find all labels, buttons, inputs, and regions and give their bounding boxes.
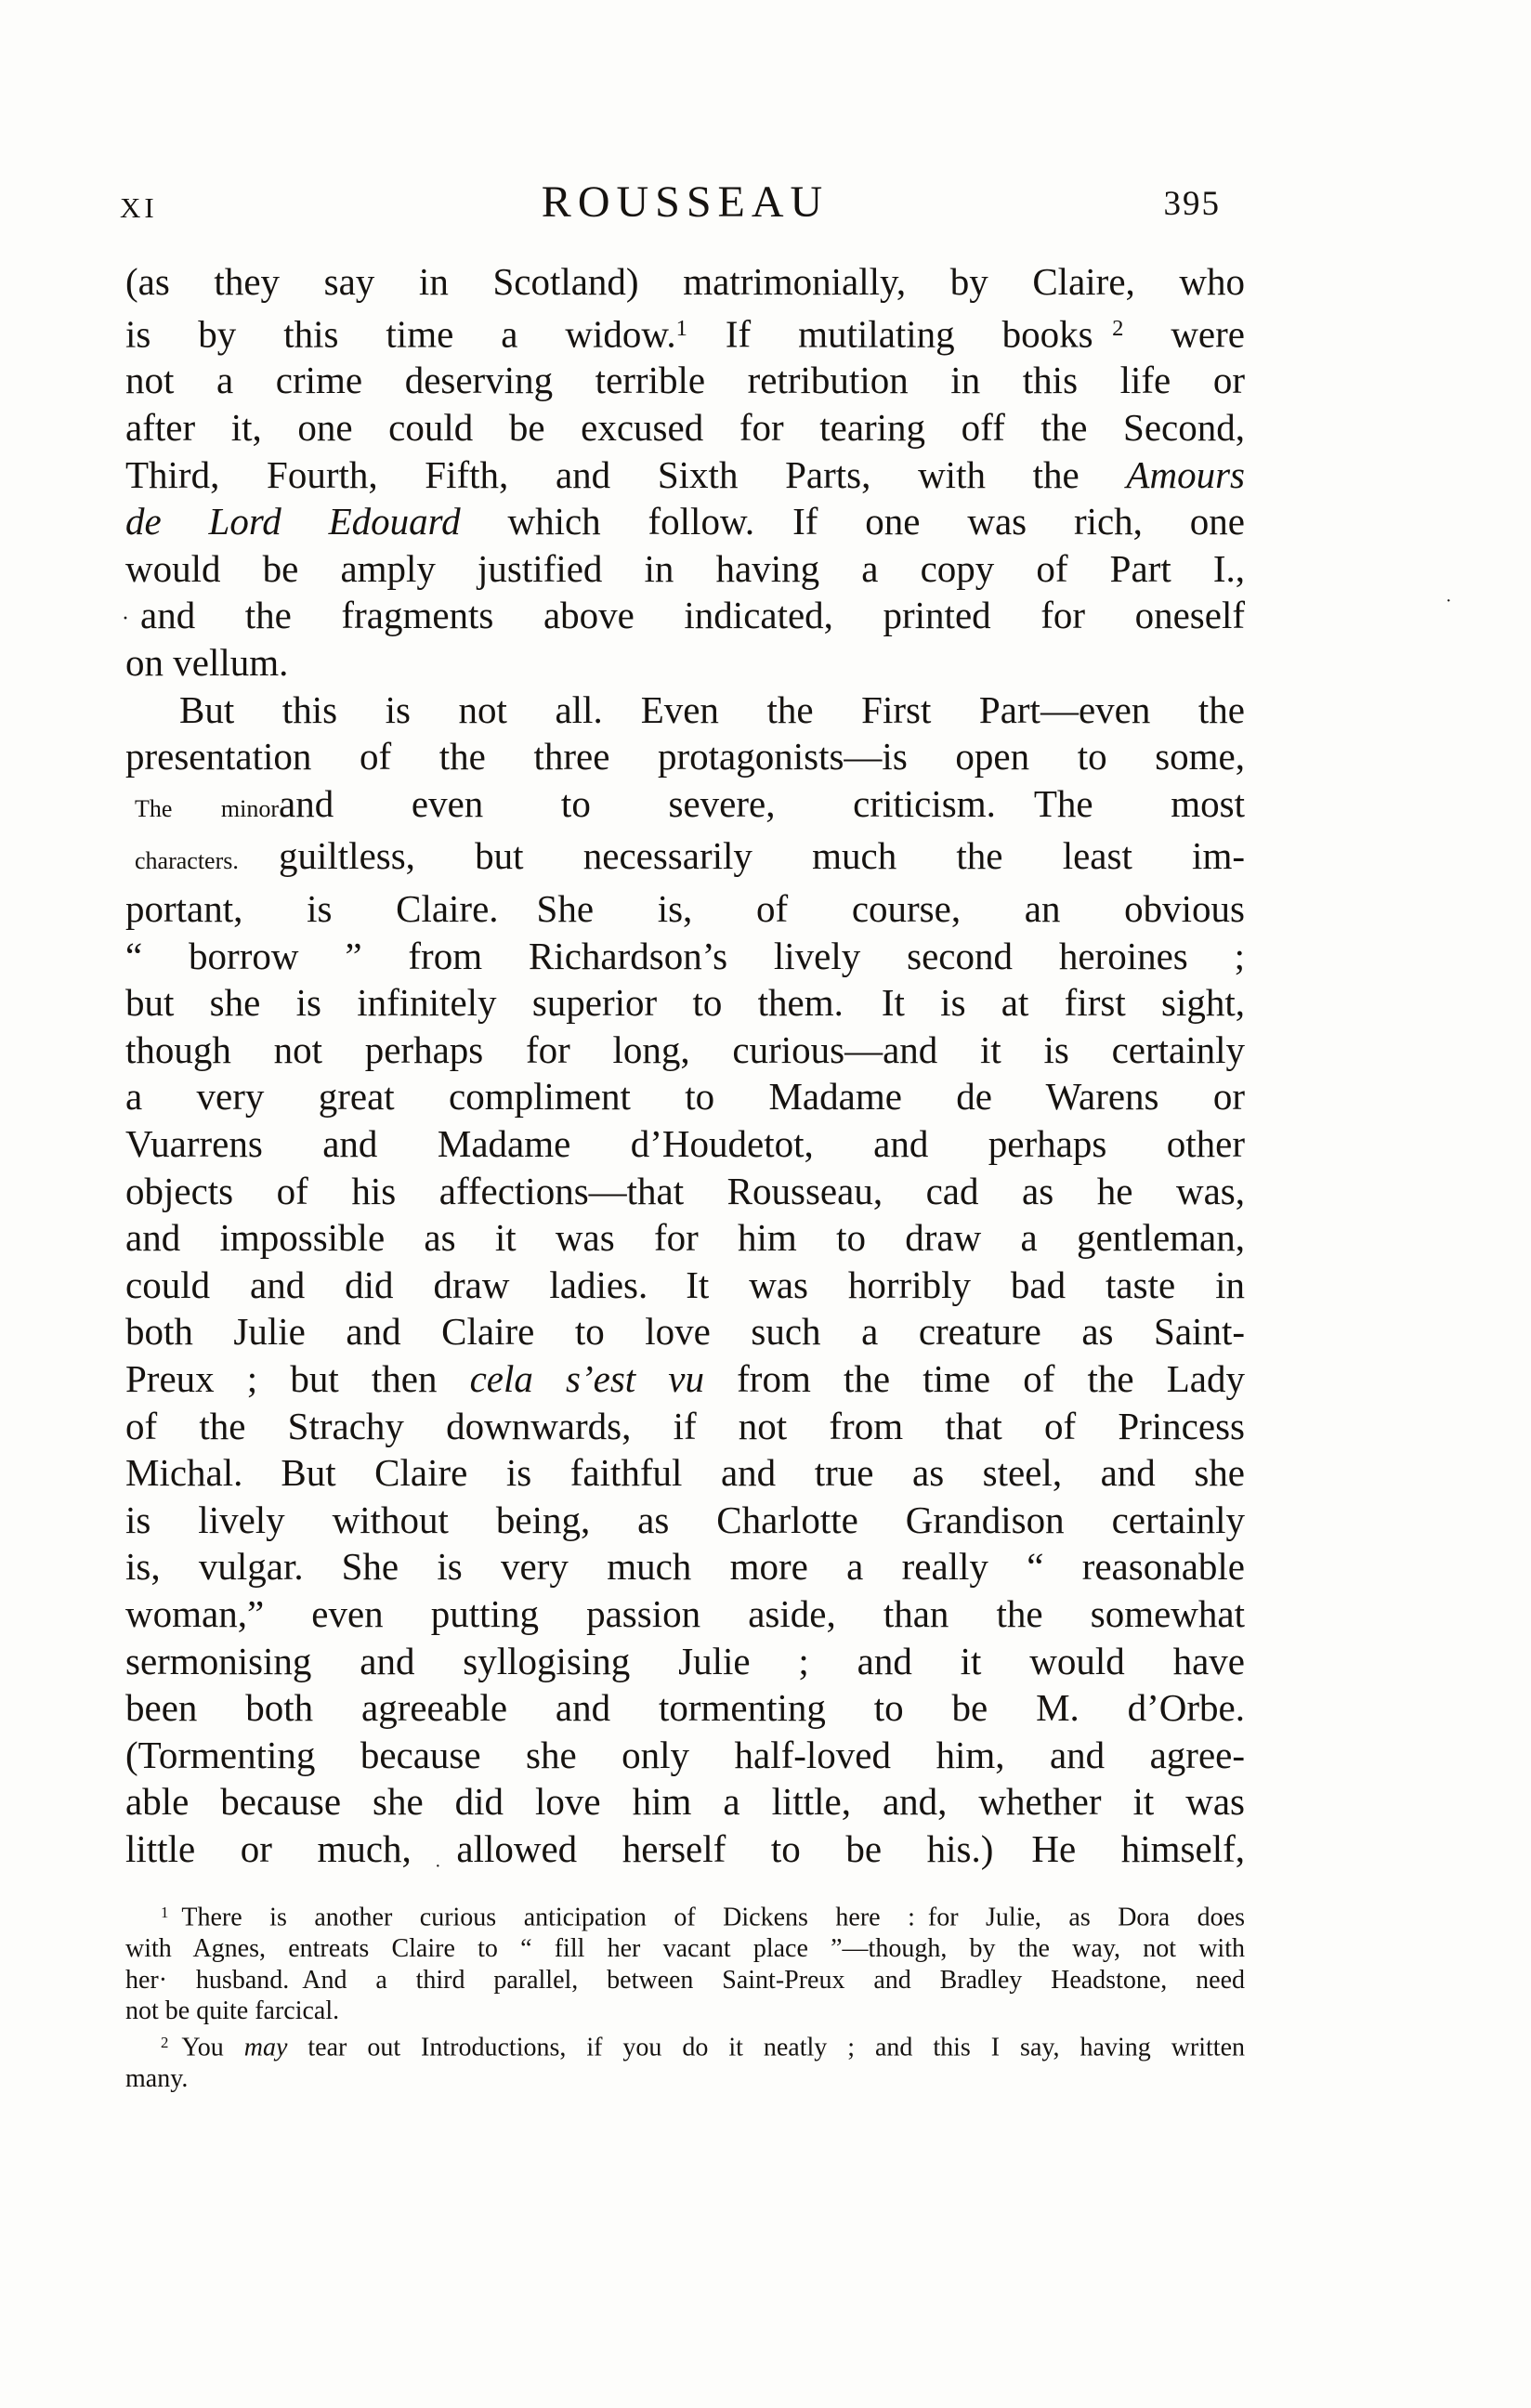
text-segment: (Tormenting because she only half-loved …: [125, 1734, 1245, 1776]
text-line: (Tormenting because she only half-loved …: [125, 1732, 1245, 1779]
chapter-number: XI: [120, 191, 158, 225]
text-line: though not perhaps for long, curious—and…: [125, 1027, 1245, 1074]
text-line: woman,” even putting passion aside, than…: [125, 1590, 1245, 1638]
text-segment: Preux ; but then: [125, 1357, 470, 1400]
text-segment: Amours: [1126, 453, 1245, 496]
text-segment: a very great compliment to Madame de War…: [125, 1075, 1245, 1118]
shoulder-note: characters.: [125, 838, 279, 885]
text-segment: is, vulgar. She is very much more a real…: [125, 1545, 1245, 1588]
text-segment: were: [1123, 312, 1245, 355]
text-line: and impossible as it was for him to draw…: [125, 1214, 1245, 1262]
text-line: could and did draw ladies. It was horrib…: [125, 1262, 1245, 1309]
page-number: 395: [1164, 184, 1222, 224]
text-line: Vuarrens and Madame d’Houdetot, and perh…: [125, 1120, 1245, 1168]
text-line: “ borrow ” from Richardson’s lively seco…: [125, 933, 1245, 980]
text-segment: de Lord Edouard: [125, 500, 461, 543]
running-title: ROUSSEAU: [542, 177, 829, 228]
text-line: after it, one could be excused for teari…: [125, 404, 1245, 451]
text-line: Michal. But Claire is faithful and true …: [125, 1449, 1245, 1497]
text-line: been both agreeable and tormenting to be…: [125, 1684, 1245, 1732]
text-line: portant, is Claire. She is, of course, a…: [125, 885, 1245, 933]
text-segment: not a crime deserving terrible retributi…: [125, 359, 1245, 401]
page-text-block: (as they say in Scotland) matrimonially,…: [125, 258, 1245, 1872]
text-segment: Vuarrens and Madame d’Houdetot, and perh…: [125, 1122, 1245, 1165]
text-line: with Agnes, entreats Claire to “ fill he…: [125, 1933, 1245, 1965]
text-segment: portant, is Claire. She is, of course, a…: [125, 887, 1245, 930]
text-line: is lively without being, as Charlotte Gr…: [125, 1497, 1245, 1544]
text-line: characters.guiltless, but necessarily mu…: [125, 832, 1245, 885]
text-line: Preux ; but then cela s’est vu from the …: [125, 1355, 1245, 1403]
text-segment: little or much, allowed herself to be hi…: [125, 1827, 1245, 1870]
text-segment: not be quite farcical.: [125, 1996, 339, 2025]
text-segment: Michal. But Claire is faithful and true …: [125, 1451, 1245, 1494]
running-head: XI ROUSSEAU 395: [125, 177, 1245, 232]
text-segment: on vellum.: [125, 641, 288, 684]
text-line: ·and the fragments above indicated, prin…: [125, 592, 1245, 639]
text-line: both Julie and Claire to love such a cre…: [125, 1308, 1245, 1355]
text-line: (as they say in Scotland) matrimonially,…: [125, 258, 1245, 306]
footnote-reference: 1: [676, 316, 687, 341]
footnote-reference: 2: [1112, 316, 1123, 341]
text-segment: and impossible as it was for him to draw…: [125, 1216, 1245, 1259]
text-segment: is by this time a widow.: [125, 312, 676, 355]
text-line: would be amply justified in having a cop…: [125, 545, 1245, 593]
text-segment: both Julie and Claire to love such a cre…: [125, 1310, 1245, 1353]
text-line: little or much, allowed herself to be hi…: [125, 1826, 1245, 1873]
text-segment: is lively without being, as Charlotte Gr…: [125, 1498, 1245, 1541]
text-line: 1 There is another curious anticipation …: [125, 1897, 1245, 1933]
text-segment: could and did draw ladies. It was horrib…: [125, 1263, 1245, 1306]
book-page: XI ROUSSEAU 395 (as they say in Scotland…: [0, 0, 1531, 2408]
text-segment: after it, one could be excused for teari…: [125, 406, 1245, 449]
text-line: a very great compliment to Madame de War…: [125, 1073, 1245, 1120]
text-segment: able because she did love him a little, …: [125, 1780, 1245, 1823]
text-segment: presentation of the three protagonists—i…: [125, 735, 1245, 778]
text-line-body: guiltless, but necessarily much the leas…: [279, 832, 1245, 880]
text-segment: which follow. If one was rich, one: [461, 500, 1245, 543]
text-segment: her· husband. And a third parallel, betw…: [125, 1966, 1245, 1995]
text-line: not be quite farcical.: [125, 1996, 1245, 2027]
text-line: de Lord Edouard which follow. If one was…: [125, 498, 1245, 545]
text-segment: sermonising and syllogising Julie ; and …: [125, 1640, 1245, 1682]
footnotes-block: 1 There is another curious anticipation …: [125, 1897, 1245, 2094]
text-segment: but she is infinitely superior to them. …: [125, 981, 1245, 1024]
text-line: of the Strachy downwards, if not from th…: [125, 1403, 1245, 1450]
text-line: on vellum.: [125, 639, 1245, 687]
text-segment: would be amply justified in having a cop…: [125, 547, 1245, 590]
text-segment: though not perhaps for long, curious—and…: [125, 1028, 1245, 1071]
ink-speck: ·: [435, 1856, 441, 1878]
text-line: Third, Fourth, Fifth, and Sixth Parts, w…: [125, 451, 1245, 499]
text-segment: many.: [125, 2064, 188, 2093]
text-line: many.: [125, 2063, 1245, 2095]
text-segment: from the time of the Lady: [704, 1357, 1245, 1400]
text-line: able because she did love him a little, …: [125, 1778, 1245, 1826]
text-segment: and even to severe, criticism. The most: [279, 782, 1245, 825]
text-line: her· husband. And a third parallel, betw…: [125, 1965, 1245, 1996]
text-segment: woman,” even putting passion aside, than…: [125, 1592, 1245, 1635]
text-segment: You: [168, 2033, 243, 2061]
text-segment: objects of his affections—that Rousseau,…: [125, 1170, 1245, 1212]
text-line: objects of his affections—that Rousseau,…: [125, 1168, 1245, 1215]
text-segment: of the Strachy downwards, if not from th…: [125, 1405, 1245, 1447]
ink-speck: ·: [1446, 591, 1452, 612]
text-line: not a crime deserving terrible retributi…: [125, 357, 1245, 404]
text-segment: and the fragments above indicated, print…: [140, 594, 1245, 636]
text-segment: Third, Fourth, Fifth, and Sixth Parts, w…: [125, 453, 1126, 496]
text-segment: may: [244, 2033, 288, 2061]
text-segment: There is another curious anticipation of…: [168, 1903, 1245, 1931]
text-segment: But this is not all. Even the First Part…: [179, 688, 1245, 731]
text-segment: If mutilating books: [687, 312, 1112, 355]
text-line: is by this time a widow.1 If mutilating …: [125, 306, 1245, 358]
text-line: sermonising and syllogising Julie ; and …: [125, 1638, 1245, 1685]
text-segment: tear out Introductions, if you do it nea…: [287, 2033, 1245, 2061]
text-line: but she is infinitely superior to them. …: [125, 979, 1245, 1027]
text-segment: cela s’est vu: [470, 1357, 704, 1400]
ink-speck: ·: [122, 595, 129, 643]
text-line-body: and even to severe, criticism. The most: [279, 780, 1245, 828]
text-segment: been both agreeable and tormenting to be…: [125, 1686, 1245, 1729]
text-line: 2 You may tear out Introductions, if you…: [125, 2027, 1245, 2063]
text-segment: (as they say in Scotland) matrimonially,…: [125, 260, 1245, 303]
text-line: The minorand even to severe, criticism. …: [125, 780, 1245, 833]
shoulder-note: The minor: [125, 786, 279, 833]
text-segment: with Agnes, entreats Claire to “ fill he…: [125, 1934, 1245, 1963]
text-line: But this is not all. Even the First Part…: [125, 687, 1245, 734]
text-segment: guiltless, but necessarily much the leas…: [279, 834, 1245, 877]
text-segment: “ borrow ” from Richardson’s lively seco…: [125, 935, 1245, 977]
text-line: is, vulgar. She is very much more a real…: [125, 1543, 1245, 1590]
text-line: presentation of the three protagonists—i…: [125, 733, 1245, 780]
